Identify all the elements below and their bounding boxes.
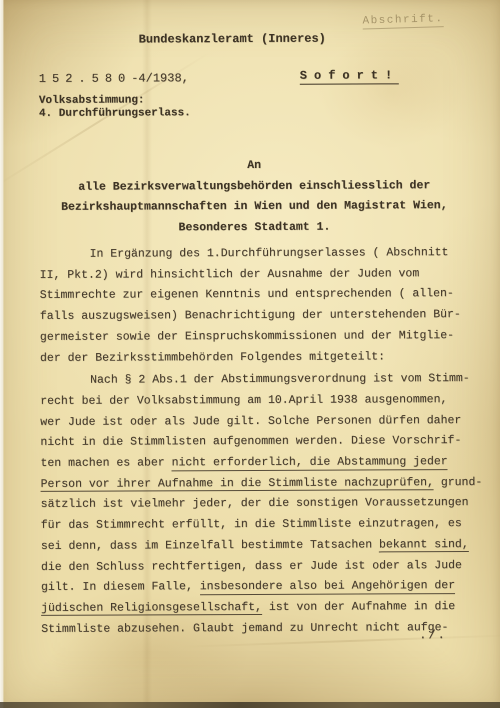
subject-line-1: Volksabstimmung: [39,94,191,108]
urgency-note: Sofort! [300,68,399,84]
document-page: Abschrift. Bundeskanzleramt (Inneres) 15… [0,0,500,708]
body-text-segment: sei denn, dass im Einzelfall bestimmte T… [41,538,379,552]
copy-stamp: Abschrift. [362,13,443,29]
body-text-segment: Stimmliste abzusehen. Glaubt jemand zu U… [41,621,448,636]
underlined-text: Person vor ihrer Aufnahme in die Stimmli… [41,476,434,492]
body-line: germeister sowie der Einspruchskommissio… [40,326,472,349]
body-text-segment: für das Stimmrecht erfüllt, in die Stimm… [41,517,462,532]
document-body: In Ergänzung des 1.Durchführungserlasses… [40,243,474,642]
body-text-segment: wer Jude ist oder als Jude gilt. Solche … [40,414,461,429]
subject-line-2: 4. Durchführungserlass. [39,107,191,121]
reference-number-spaced: 152.580 [39,72,131,86]
body-line: falls auszugsweisen) Benachrichtigung de… [40,305,472,328]
reference-number-suffix: -4/1938, [131,71,189,85]
underlined-text: bekannt sind, [379,538,469,553]
recipient-line: Bezirkshauptmannschaften in Wien und den… [39,196,469,218]
body-line: für das Stimmrecht erfüllt, in die Stimm… [41,514,473,537]
underlined-text: nicht erforderlich, die Abstammung jeder [172,455,448,471]
continuation-mark: ./. [419,628,447,642]
body-line: Person vor ihrer Aufnahme in die Stimmli… [41,473,473,496]
body-text-segment: ten machen es aber [40,456,171,470]
body-text-segment: gilt. In diesem Falle, [41,580,200,594]
body-text-segment: die den Schluss rechtfertigen, dass er J… [41,559,462,574]
recipient-salutation: An [39,155,469,177]
body-text-segment: II, Pkt.2) wird hinsichtlich der Ausnahm… [40,267,420,282]
body-line: gilt. In diesem Falle, insbesondere also… [41,576,473,599]
body-line: wer Jude ist oder als Jude gilt. Solche … [40,411,472,434]
body-text-segment: Stimmrechte zur eigenen Kenntnis und ent… [40,288,454,303]
subject-block: Volksabstimmung: 4. Durchführungserlass. [39,94,191,121]
body-line: der der Bezirksstimmbehörden Folgendes m… [40,347,472,370]
recipient-line: Besonderes Stadtamt 1. [39,217,469,239]
body-text-segment: ist von der Aufnahme in die [262,600,455,614]
typed-content: Abschrift. Bundeskanzleramt (Inneres) 15… [0,0,500,708]
body-text-segment: In Ergänzung des 1.Durchführungserlasses… [90,246,449,261]
body-line: nicht in die Stimmlisten aufgenommen wer… [40,431,472,454]
body-line: sätzlich ist vielmehr jeder, der die son… [41,493,473,516]
body-line: die den Schluss rechtfertigen, dass er J… [41,556,473,579]
body-text-segment: grund- [434,476,482,489]
body-line: jüdischen Religionsgesellschaft, ist von… [41,597,473,620]
body-text-segment: nicht in die Stimmlisten aufgenommen wer… [40,434,461,449]
body-text-segment: der der Bezirksstimmbehörden Folgendes m… [40,350,385,365]
body-line: ten machen es aber nicht erforderlich, d… [40,452,472,475]
body-text-segment: sätzlich ist vielmehr jeder, der die son… [41,496,469,511]
body-line: recht bei der Volksabstimmung am 10.Apri… [40,390,472,413]
body-text-segment: recht bei der Volksabstimmung am 10.Apri… [40,393,447,408]
body-text-segment: falls auszugsweisen) Benachrichtigung de… [40,308,461,323]
underlined-text: jüdischen Religionsgesellschaft, [41,601,262,616]
body-line: II, Pkt.2) wird hinsichtlich der Ausnahm… [40,264,472,287]
body-text-segment: germeister sowie der Einspruchskommissio… [40,329,454,344]
recipient-line: alle Bezirksverwaltungsbehörden einschli… [39,176,469,198]
body-line: Nach § 2 Abs.1 der Abstimmungsverordnung… [40,369,472,392]
body-line: Stimmrechte zur eigenen Kenntnis und ent… [40,284,472,307]
body-paragraph: Nach § 2 Abs.1 der Abstimmungsverordnung… [40,369,473,640]
reference-number: 152.580-4/1938, [39,71,189,86]
body-paragraph: In Ergänzung des 1.Durchführungserlasses… [40,243,473,369]
recipient-block: An alle Bezirksverwaltungsbehörden einsc… [39,155,469,239]
body-text-segment: Nach § 2 Abs.1 der Abstimmungsverordnung… [90,372,470,387]
body-line: In Ergänzung des 1.Durchführungserlasses… [40,243,472,266]
body-line: Stimmliste abzusehen. Glaubt jemand zu U… [41,618,473,641]
underlined-text: insbesondere also bei Angehörigen der [200,579,455,595]
body-line: sei denn, dass im Einzelfall bestimmte T… [41,535,473,558]
letterhead: Bundeskanzleramt (Inneres) [139,32,326,47]
